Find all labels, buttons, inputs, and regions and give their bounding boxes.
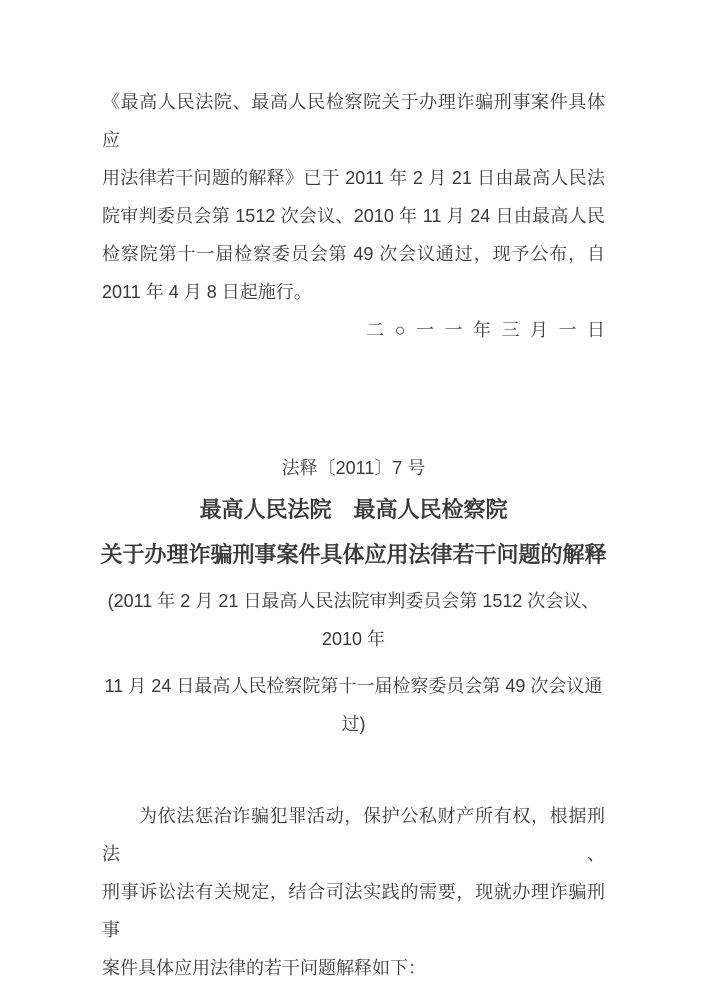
preamble-line: 为依法惩治诈骗犯罪活动，保护公私财产所有权，根据刑法、	[102, 797, 605, 873]
document-number: 法释〔2011〕7 号	[102, 449, 605, 487]
announcement-line: 《最高人民法院、最高人民检察院关于办理诈骗刑事案件具体应	[102, 83, 605, 159]
adoption-note-second: 11 月 24 日最高人民检察院第十一届检察委员会第 49 次会议通 过)	[102, 667, 605, 743]
adoption-note-line: 过)	[102, 705, 605, 743]
adoption-note-first: (2011 年 2 月 21 日最高人民法院审判委员会第 1512 次会议、 2…	[102, 582, 605, 658]
promulgation-announcement: 《最高人民法院、最高人民检察院关于办理诈骗刑事案件具体应 用法律若干问题的解释》…	[102, 83, 605, 349]
announcement-line: 检察院第十一届检察委员会第 49 次会议通过，现予公布，自	[102, 235, 605, 273]
preamble-line: 案件具体应用法律的若干问题解释如下：	[102, 949, 605, 987]
adoption-note-line: (2011 年 2 月 21 日最高人民法院审判委员会第 1512 次会议、	[102, 582, 605, 620]
issuing-authorities: 最高人民法院 最高人民检察院	[88, 487, 619, 532]
document-page: 《最高人民法院、最高人民检察院关于办理诈骗刑事案件具体应 用法律若干问题的解释》…	[0, 0, 707, 999]
adoption-note-line: 11 月 24 日最高人民检察院第十一届检察委员会第 49 次会议通	[102, 667, 605, 705]
preamble-line: 刑事诉讼法有关规定，结合司法实践的需要，现就办理诈骗刑事	[102, 873, 605, 949]
preamble-paragraph: 为依法惩治诈骗犯罪活动，保护公私财产所有权，根据刑法、 刑事诉讼法有关规定，结合…	[102, 797, 605, 987]
adoption-note-line: 2010 年	[102, 620, 605, 658]
announcement-line: 2011 年 4 月 8 日起施行。	[102, 273, 605, 311]
document-title: 关于办理诈骗刑事案件具体应用法律若干问题的解释	[88, 532, 619, 577]
announcement-line: 用法律若干问题的解释》已于 2011 年 2 月 21 日由最高人民法	[102, 159, 605, 197]
announcement-line: 院审判委员会第 1512 次会议、2010 年 11 月 24 日由最高人民	[102, 197, 605, 235]
promulgation-date: 二 ○ 一 一 年 三 月 一 日	[102, 311, 605, 349]
